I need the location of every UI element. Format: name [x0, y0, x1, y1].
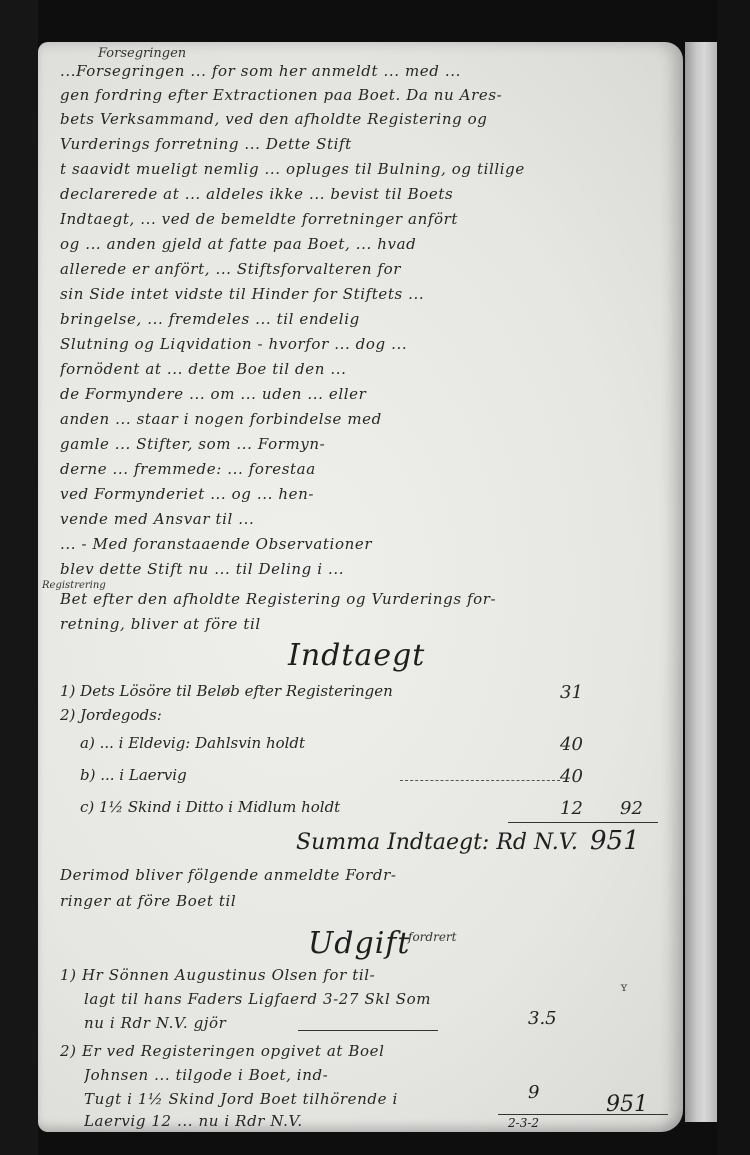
- expense-amount: 3.5: [528, 1008, 557, 1029]
- expense-total: 951: [606, 1092, 648, 1117]
- body-line: allerede er anfört, ... Stiftsforvaltere…: [60, 260, 665, 278]
- income-row: c) 1½ Skind i Ditto i Midlum holdt 12 92: [60, 798, 665, 824]
- body-line: gen fordring efter Extractionen paa Boet…: [60, 86, 665, 104]
- body-line: bringelse, ... fremdeles ... til endelig: [60, 310, 665, 328]
- body-line: t saavidt mueligt nemlig ... opluges til…: [60, 160, 665, 178]
- leader-rule: [298, 1030, 438, 1031]
- income-row-amount: 12: [560, 798, 583, 819]
- body-line: fornödent at ... dette Boe til den ...: [60, 360, 665, 378]
- income-row-amount: 40: [560, 734, 583, 755]
- body-line: gamle ... Stifter, som ... Formyn-: [60, 435, 665, 453]
- body-line: anden ... staar i nogen forbindelse med: [60, 410, 665, 428]
- body-line: de Formyndere ... om ... uden ... eller: [60, 385, 665, 403]
- income-total-label: Summa Indtaegt: Rd N.V.: [296, 830, 578, 855]
- expense-line: Laervig 12 ... nu i Rdr N.V.: [84, 1112, 463, 1130]
- income-row-amount: 40: [560, 766, 583, 787]
- body-line: vende med Ansvar til ...: [60, 510, 665, 528]
- income-row: b) ... i Laervig 40: [60, 766, 665, 792]
- body-line: sin Side intet vidste til Hinder for Sti…: [60, 285, 665, 303]
- income-row-label: a) ... i Eldevig: Dahlsvin holdt: [80, 734, 305, 752]
- body-line: Indtaegt, ... ved de bemeldte forretning…: [60, 210, 665, 228]
- expense-line: 2) Er ved Registeringen opgivet at Boel: [60, 1042, 665, 1060]
- sum-rule: [508, 822, 658, 823]
- expense-subtotal: 2-3-2: [508, 1116, 539, 1130]
- income-row: a) ... i Eldevig: Dahlsvin holdt 40: [60, 734, 665, 760]
- scan-background-left: [0, 0, 38, 1155]
- leader-dots: [400, 780, 560, 781]
- body-line: ... - Med foranstaaende Observationer: [60, 535, 665, 553]
- expense-amount: 9: [528, 1082, 539, 1103]
- margin-mark: ʏ: [620, 980, 628, 994]
- manuscript-page: Forsegringen ...Forsegringen ... for som…: [38, 42, 683, 1132]
- body-line: retning, bliver at före til: [60, 615, 665, 633]
- body-line: Slutning og Liqvidation - hvorfor ... do…: [60, 335, 665, 353]
- income-heading: Indtaegt: [288, 638, 425, 673]
- body-line: Vurderings forretning ... Dette Stift: [60, 135, 665, 153]
- body-line: og ... anden gjeld at fatte paa Boet, ..…: [60, 235, 665, 253]
- income-row-amount: 31: [560, 682, 583, 703]
- income-row: 2) Jordegods:: [60, 706, 665, 732]
- body-line: declarerede at ... aldeles ikke ... bevi…: [60, 185, 665, 203]
- income-row-subtotal: 92: [620, 798, 643, 819]
- income-row-label: c) 1½ Skind i Ditto i Midlum holdt: [80, 798, 340, 816]
- expense-line: Tugt i 1½ Skind Jord Boet tilhörende i: [84, 1090, 665, 1108]
- expense-heading-note: fordrert: [408, 930, 456, 944]
- body-line: derne ... fremmede: ... forestaa: [60, 460, 665, 478]
- transition-line: Derimod bliver fölgende anmeldte Fordr-: [60, 866, 665, 884]
- margin-note-top: Forsegringen: [98, 46, 186, 61]
- body-line: Bet efter den afholdte Registering og Vu…: [60, 590, 665, 608]
- expense-line: Johnsen ... tilgode i Boet, ind-: [84, 1066, 665, 1084]
- transition-line: ringer at före Boet til: [60, 892, 665, 910]
- scan-background-right: [717, 0, 750, 1155]
- expense-line: lagt til hans Faders Ligfaerd 3-27 Skl S…: [84, 990, 665, 1008]
- body-line: bets Verksammand, ved den afholdte Regis…: [60, 110, 665, 128]
- income-row: 1) Dets Lösöre til Beløb efter Registeri…: [60, 682, 665, 708]
- income-row-label: 2) Jordegods:: [60, 706, 162, 724]
- body-line: ved Formynderiet ... og ... hen-: [60, 485, 665, 503]
- income-total-amount: 951: [590, 826, 640, 856]
- expense-line: 1) Hr Sönnen Augustinus Olsen for til-: [60, 966, 665, 984]
- page-edge-strip: [685, 42, 717, 1122]
- income-row-label: b) ... i Laervig: [80, 766, 187, 784]
- body-line: blev dette Stift nu ... til Deling i ...: [60, 560, 665, 578]
- income-row-label: 1) Dets Lösöre til Beløb efter Registeri…: [60, 682, 393, 700]
- body-line: ...Forsegringen ... for som her anmeldt …: [60, 62, 665, 80]
- expense-heading: Udgift: [308, 926, 410, 961]
